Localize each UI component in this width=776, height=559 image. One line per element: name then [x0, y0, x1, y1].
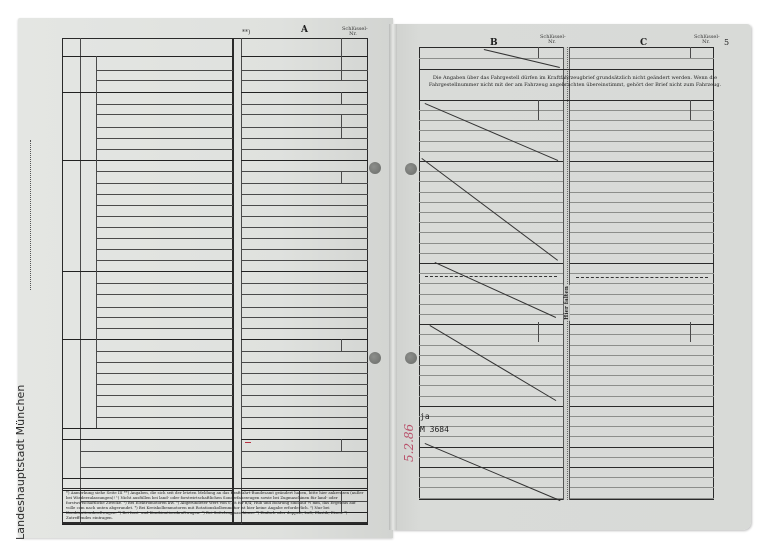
row-divider: [62, 439, 233, 440]
key-box-divider: [341, 439, 342, 451]
row-line: [419, 314, 563, 315]
punch-hole: [369, 162, 381, 174]
row-line: [570, 436, 714, 437]
row-line: [419, 345, 563, 346]
pencil-annotation: 5.2.86: [402, 424, 416, 462]
row-line: [419, 243, 563, 244]
row-divider: [96, 362, 233, 363]
row-divider: [241, 114, 368, 115]
row-divider: [241, 160, 368, 161]
row-divider: [241, 451, 368, 452]
row-line: [419, 161, 563, 162]
row-line: [419, 202, 563, 203]
key-box-divider: [538, 100, 539, 120]
row-divider: [96, 249, 233, 250]
row-line: [419, 487, 563, 488]
row-line: [419, 406, 563, 407]
row-divider: [62, 271, 233, 272]
row-divider: [241, 317, 368, 318]
row-line: [419, 447, 563, 448]
row-divider: [241, 70, 368, 71]
table-bottom: [62, 524, 368, 525]
change-marker-header: **): [242, 30, 250, 35]
key-number-header-c: Schlüssel-Nr.: [694, 35, 718, 45]
key-box-divider: [690, 47, 691, 58]
row-line: [570, 110, 714, 111]
row-line: [419, 222, 563, 223]
row-line: [570, 294, 714, 295]
key-box-divider: [341, 114, 342, 127]
row-divider: [241, 307, 368, 308]
key-box-divider: [690, 100, 691, 120]
row-divider: [241, 149, 368, 150]
row-line: [419, 467, 563, 468]
group-divider: [96, 271, 97, 339]
group-divider: [96, 56, 97, 92]
typed-entry-coupling: ja: [420, 412, 430, 421]
row-divider: [96, 283, 233, 284]
row-line: [570, 406, 714, 407]
row-line: [570, 253, 714, 254]
row-line: [570, 181, 714, 182]
book-spine: [389, 24, 397, 530]
row-line: [419, 355, 563, 356]
key-number-header-a: Schlüssel-Nr.: [342, 27, 364, 37]
key-box-divider: [538, 47, 539, 58]
row-line: [570, 324, 714, 325]
row-divider: [241, 406, 368, 407]
row-line: [570, 120, 714, 121]
row-divider: [62, 92, 233, 93]
row-divider: [241, 339, 368, 340]
row-divider: [96, 395, 233, 396]
row-line: [570, 263, 714, 264]
row-divider: [96, 351, 233, 352]
row-divider: [96, 317, 233, 318]
fold-column: [563, 47, 570, 500]
row-divider: [241, 328, 368, 329]
row-divider: [241, 205, 368, 206]
key-box-divider: [341, 171, 342, 183]
row-line: [570, 232, 714, 233]
row-divider: [241, 478, 368, 479]
row-divider: [96, 194, 233, 195]
page-number: 5: [724, 38, 729, 47]
row-divider: [96, 307, 233, 308]
row-divider: [96, 216, 233, 217]
key-box-divider: [341, 38, 342, 56]
row-divider: [96, 227, 233, 228]
row-divider: [96, 138, 233, 139]
row-divider: [241, 227, 368, 228]
punch-hole: [369, 352, 381, 364]
row-divider: [96, 328, 233, 329]
row-line: [570, 416, 714, 417]
row-divider: [241, 417, 368, 418]
row-line: [419, 385, 563, 386]
row-line: [419, 181, 563, 182]
row-divider: [241, 183, 368, 184]
row-divider: [62, 56, 233, 57]
row-divider: [241, 373, 368, 374]
row-line: [570, 355, 714, 356]
row-line: [419, 273, 563, 274]
row-line: [570, 396, 714, 397]
row-divider: [241, 127, 368, 128]
row-line: [570, 192, 714, 193]
key-box-divider: [341, 70, 342, 80]
row-divider: [241, 467, 368, 468]
row-divider: [241, 238, 368, 239]
row-line: [570, 304, 714, 305]
row-divider: [96, 373, 233, 374]
row-line: [419, 457, 563, 458]
row-line: [570, 161, 714, 162]
dashed-separator: [425, 276, 557, 277]
row-divider: [241, 56, 368, 57]
column-a-header: A: [301, 25, 308, 35]
group-divider: [96, 339, 97, 428]
row-divider: [80, 467, 233, 468]
notice-top: [419, 69, 714, 70]
row-divider: [96, 127, 233, 128]
row-divider: [62, 478, 233, 479]
row-line: [419, 498, 563, 499]
key-box-divider: [341, 339, 342, 351]
row-line: [570, 171, 714, 172]
stamp-dotted-line: [30, 140, 32, 290]
row-divider: [96, 238, 233, 239]
row-divider: [96, 183, 233, 184]
row-divider: [96, 70, 233, 71]
row-divider: [80, 451, 233, 452]
key-box-divider: [341, 56, 342, 70]
row-line: [570, 385, 714, 386]
authority-stamp: Landeshauptstadt München: [14, 385, 27, 540]
notice-bottom: [419, 100, 714, 101]
row-line: [570, 426, 714, 427]
row-line: [570, 243, 714, 244]
row-line: [419, 141, 563, 142]
row-divider: [241, 216, 368, 217]
row-line: [419, 324, 563, 325]
row-line: [570, 498, 714, 499]
row-divider: [241, 138, 368, 139]
chassis-notice: Die Angaben über das Fahrgestell dürfen …: [425, 75, 725, 89]
row-line: [419, 334, 563, 335]
row-line: [570, 457, 714, 458]
row-line: [419, 375, 563, 376]
row-line: [419, 365, 563, 366]
row-divider: [62, 339, 233, 340]
key-box-divider: [341, 127, 342, 138]
group-divider: [96, 92, 97, 160]
row-divider: [96, 104, 233, 105]
dashed-separator: [576, 277, 708, 278]
row-line: [570, 334, 714, 335]
row-divider: [241, 428, 368, 429]
row-divider: [241, 271, 368, 272]
key-box-divider: [538, 322, 539, 342]
row-divider: [241, 92, 368, 93]
row-line: [419, 436, 563, 437]
punch-hole: [405, 352, 417, 364]
group-divider: [96, 160, 97, 271]
row-line: [419, 477, 563, 478]
typed-entry-approval: M 3684: [420, 425, 449, 434]
row-line: [570, 487, 714, 488]
row-line: [419, 58, 563, 59]
row-divider: [241, 104, 368, 105]
row-divider: [241, 283, 368, 284]
row-divider: [96, 114, 233, 115]
row-divider: [62, 428, 233, 429]
row-line: [419, 416, 563, 417]
row-line: [570, 365, 714, 366]
row-divider: [241, 351, 368, 352]
row-divider: [241, 439, 368, 440]
row-line: [570, 202, 714, 203]
row-line: [419, 253, 563, 254]
row-line: [570, 345, 714, 346]
row-divider: [96, 171, 233, 172]
row-divider: [241, 171, 368, 172]
row-line: [419, 120, 563, 121]
row-line: [570, 273, 714, 274]
row-line: [570, 58, 714, 59]
row-line: [419, 212, 563, 213]
row-line: [419, 192, 563, 193]
row-line: [419, 283, 563, 284]
row-line: [570, 141, 714, 142]
key-number-header-b: Schlüssel-Nr.: [540, 35, 564, 45]
footnote-frame: [62, 488, 368, 523]
row-divider: [241, 194, 368, 195]
row-divider: [96, 260, 233, 261]
row-line: [419, 294, 563, 295]
row-divider: [96, 384, 233, 385]
row-divider: [96, 417, 233, 418]
row-divider: [96, 80, 233, 81]
key-box-divider: [341, 92, 342, 104]
row-line: [419, 304, 563, 305]
punch-hole: [405, 163, 417, 175]
row-divider: [241, 294, 368, 295]
row-divider: [241, 362, 368, 363]
row-divider: [241, 384, 368, 385]
row-line: [570, 375, 714, 376]
row-divider: [241, 395, 368, 396]
row-line: [570, 283, 714, 284]
row-line: [570, 314, 714, 315]
row-divider: [96, 406, 233, 407]
row-divider: [62, 160, 233, 161]
row-line: [419, 232, 563, 233]
row-line: [419, 396, 563, 397]
row-divider: [241, 249, 368, 250]
row-line: [570, 222, 714, 223]
row-divider: [96, 149, 233, 150]
row-divider: [241, 80, 368, 81]
row-divider: [96, 205, 233, 206]
row-line: [570, 151, 714, 152]
row-line: [570, 212, 714, 213]
fold-label: Hier falten: [564, 285, 570, 321]
row-divider: [241, 260, 368, 261]
row-line: [570, 467, 714, 468]
row-line: [570, 130, 714, 131]
row-line: [570, 477, 714, 478]
row-line: [419, 151, 563, 152]
row-line: [570, 447, 714, 448]
key-box-divider: [690, 322, 691, 342]
row-divider: [96, 294, 233, 295]
